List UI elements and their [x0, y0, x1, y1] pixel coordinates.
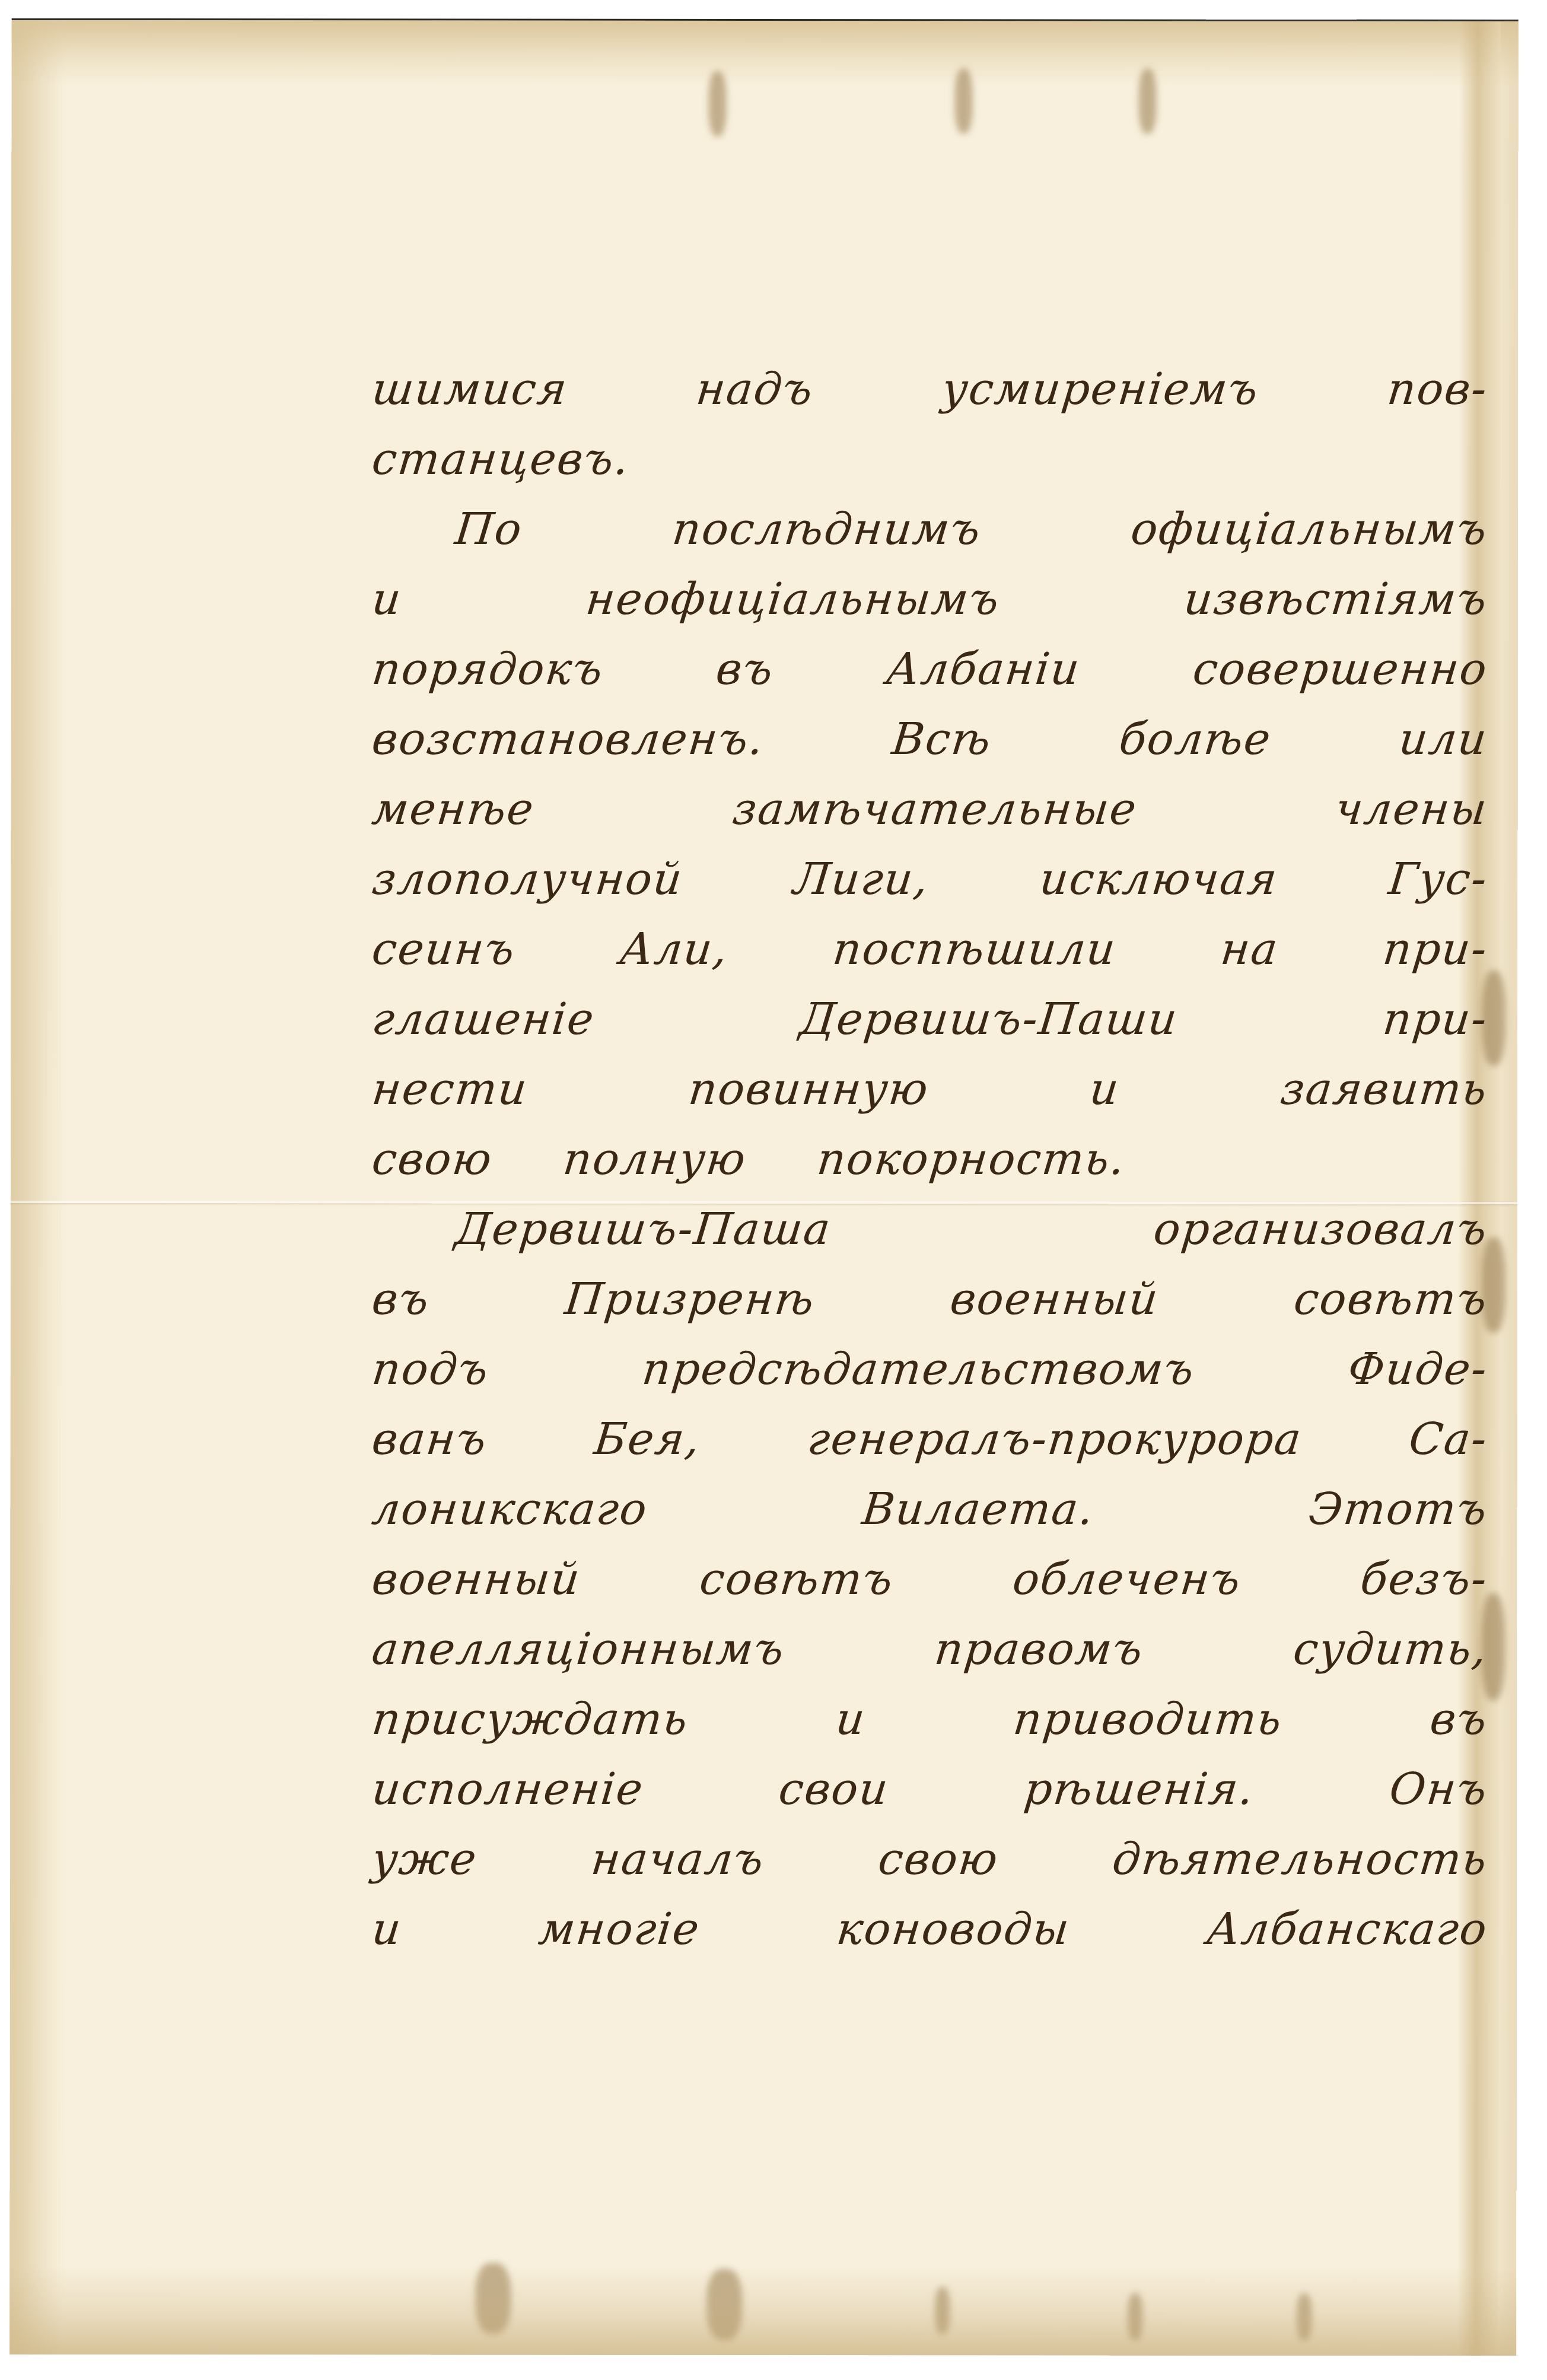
manuscript-line: своюполнуюпокорность. — [370, 1111, 1492, 1181]
manuscript-word: неофицiальнымъ — [584, 577, 1002, 621]
manuscript-word: свою — [370, 1137, 495, 1181]
manuscript-word: Лиги, — [791, 857, 931, 901]
manuscript-word: предсѣдательствомъ — [640, 1347, 1197, 1391]
manuscript-word: покорность. — [815, 1137, 1128, 1181]
bottom-stain — [1128, 2293, 1142, 2341]
manuscript-line: порядокъвъАлбанiисовершенно — [370, 621, 1492, 691]
manuscript-line: станцевъ. — [370, 411, 1492, 481]
manuscript-word: облеченъ — [1011, 1557, 1243, 1601]
manuscript-word: присуждать — [370, 1697, 690, 1741]
manuscript-word: исполненiе — [370, 1767, 646, 1811]
manuscript-word: дѣятельность — [1110, 1837, 1490, 1881]
manuscript-word: подъ — [370, 1347, 491, 1391]
manuscript-line: шимисянадъусмиренiемъпов- — [370, 341, 1492, 411]
manuscript-line: въПризренѣвоенныйсовѣтъ — [370, 1251, 1492, 1321]
manuscript-line: Попослѣднимъофицiальнымъ — [370, 481, 1492, 551]
manuscript-word: лоникскаго — [370, 1487, 650, 1531]
bottom-stain — [706, 2269, 742, 2340]
manuscript-word: повинную — [686, 1067, 931, 1111]
manuscript-line: присуждатьиприводитьвъ — [370, 1671, 1492, 1741]
manuscript-word: менѣе — [370, 787, 537, 831]
manuscript-word: и — [834, 1697, 868, 1741]
manuscript-word: полную — [561, 1137, 749, 1181]
manuscript-word: апелляцiоннымъ — [370, 1627, 787, 1671]
manuscript-word: ванъ — [370, 1417, 489, 1461]
manuscript-word: безъ- — [1358, 1557, 1489, 1601]
manuscript-line: подъпредсѣдательствомъФиде- — [370, 1321, 1492, 1391]
manuscript-word: шимися — [370, 367, 570, 411]
manuscript-word: глашенiе — [370, 997, 597, 1041]
manuscript-word: злополучной — [370, 857, 685, 901]
manuscript-word: усмиренiемъ — [940, 367, 1261, 411]
top-stain — [1139, 69, 1157, 134]
manuscript-word: Дервишъ-Паши — [798, 997, 1180, 1041]
manuscript-word: свои — [777, 1767, 892, 1811]
manuscript-word: Дервишъ-Паша — [453, 1207, 833, 1251]
manuscript-line: злополучнойЛиги,исключаяГус- — [370, 831, 1492, 901]
manuscript-line: инеофицiальнымъизвѣстiямъ — [370, 551, 1492, 621]
manuscript-word: при- — [1381, 997, 1489, 1041]
bottom-stain — [475, 2263, 511, 2334]
manuscript-word: Албанскаго — [1205, 1907, 1490, 1951]
manuscript-line: лоникскагоВилаета.Этотъ — [370, 1461, 1492, 1531]
manuscript-word: болѣе — [1117, 717, 1274, 761]
manuscript-word: при- — [1381, 927, 1489, 971]
manuscript-word: совѣтъ — [1292, 1277, 1490, 1321]
manuscript-word: порядокъ — [370, 647, 606, 691]
manuscript-word: уже — [370, 1837, 480, 1881]
manuscript-word: совѣтъ — [698, 1557, 896, 1601]
manuscript-word: совершенно — [1191, 647, 1490, 691]
manuscript-line: сеинъАли,поспѣшилинапри- — [370, 901, 1492, 971]
manuscript-word: Онъ — [1387, 1767, 1490, 1811]
top-stain — [709, 71, 727, 136]
manuscript-word: сеинъ — [370, 927, 518, 971]
manuscript-word: исключая — [1037, 857, 1279, 901]
manuscript-word: приводить — [1011, 1697, 1285, 1741]
manuscript-word: офицiальнымъ — [1129, 507, 1489, 551]
manuscript-word: правомъ — [932, 1627, 1145, 1671]
manuscript-word: заявить — [1278, 1067, 1489, 1111]
manuscript-word: началъ — [589, 1837, 766, 1881]
manuscript-word: Али, — [618, 927, 731, 971]
manuscript-word: Албанiи — [884, 647, 1083, 691]
manuscript-word: въ — [370, 1277, 432, 1321]
manuscript-line: уженачалъсвоюдѣятельность — [370, 1811, 1492, 1881]
manuscript-word: нести — [370, 1067, 530, 1111]
manuscript-line: нестиповиннуюизаявить — [370, 1041, 1492, 1111]
manuscript-word: въ — [1428, 1697, 1489, 1741]
manuscript-word: Са- — [1407, 1417, 1490, 1461]
manuscript-line: ванъБея,генералъ-прокурораСа- — [370, 1391, 1492, 1461]
manuscript-word: поспѣшили — [831, 927, 1119, 971]
manuscript-word: послѣднимъ — [670, 507, 983, 551]
manuscript-line: Дервишъ-Пашаорганизовалъ — [370, 1181, 1492, 1251]
manuscript-word: или — [1397, 717, 1489, 761]
manuscript-word: въ — [714, 647, 776, 691]
manuscript-word: Призренѣ — [563, 1277, 817, 1321]
manuscript-word: Бея, — [592, 1417, 702, 1461]
manuscript-word: замѣчательные — [731, 787, 1139, 831]
manuscript-line: глашенiеДервишъ-Пашипри- — [370, 971, 1492, 1041]
manuscript-word: и — [1088, 1067, 1122, 1111]
manuscript-line: имногiеконоводыАлбанскаго — [370, 1881, 1492, 1951]
manuscript-word: Всѣ — [890, 717, 994, 761]
manuscript-word: рѣшенiя. — [1022, 1767, 1256, 1811]
bottom-stain — [1297, 2293, 1312, 2341]
manuscript-word: Этотъ — [1307, 1487, 1490, 1531]
manuscript-word: и — [370, 1907, 404, 1951]
manuscript-word: военный — [370, 1557, 583, 1601]
bottom-stain — [935, 2287, 950, 2334]
manuscript-word: члены — [1333, 787, 1490, 831]
manuscript-word: и — [370, 577, 404, 621]
manuscript-word: По — [453, 507, 525, 551]
manuscript-word: свою — [876, 1837, 1001, 1881]
manuscript-word: пов- — [1385, 367, 1489, 411]
manuscript-word: надъ — [694, 367, 816, 411]
manuscript-word: генералъ-прокурора — [806, 1417, 1304, 1461]
manuscript-word: судить, — [1291, 1627, 1490, 1671]
manuscript-word: Гус- — [1386, 857, 1489, 901]
manuscript-word: организовалъ — [1151, 1207, 1489, 1251]
manuscript-word: возстановленъ. — [370, 717, 766, 761]
manuscript-word: коноводы — [835, 1907, 1072, 1951]
manuscript-word: извѣстiямъ — [1182, 577, 1489, 621]
handwritten-text-body: шимисянадъусмиренiемъпов-станцевъ.Попосл… — [374, 341, 1489, 1951]
manuscript-line: апелляцiоннымъправомъсудить, — [370, 1601, 1492, 1671]
manuscript-line: военныйсовѣтъоблеченъбезъ- — [370, 1531, 1492, 1601]
manuscript-word: на — [1218, 927, 1281, 971]
manuscript-word: Фиде- — [1346, 1347, 1490, 1391]
manuscript-word: военный — [948, 1277, 1161, 1321]
manuscript-line: возстановленъ.Всѣболѣеили — [370, 691, 1492, 761]
manuscript-line: исполненiесвоирѣшенiя.Онъ — [370, 1741, 1492, 1811]
left-edge-discoloration — [9, 20, 65, 2354]
manuscript-word: многiе — [536, 1907, 702, 1951]
manuscript-word: Вилаета. — [860, 1487, 1097, 1531]
manuscript-word: станцевъ. — [370, 437, 632, 481]
manuscript-line: менѣезамѣчательныечлены — [370, 761, 1492, 831]
top-stain — [955, 68, 973, 133]
